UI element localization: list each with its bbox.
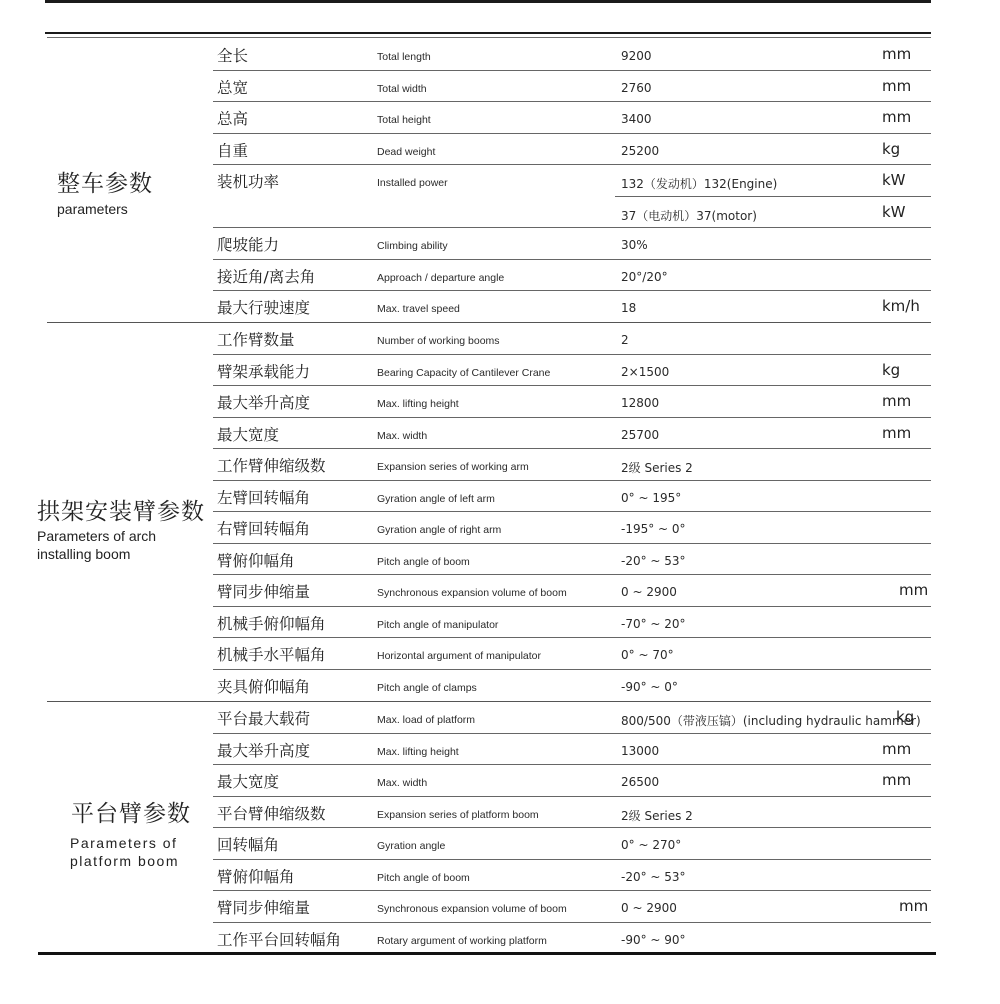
param-name-zh: 机械手俯仰幅角 <box>217 612 326 634</box>
param-unit: mm <box>882 77 911 95</box>
param-name-en: Synchronous expansion volume of boom <box>377 587 567 599</box>
param-name-en: Bearing Capacity of Cantilever Crane <box>377 367 550 379</box>
section-title-zh: 平台臂参数 <box>70 795 191 828</box>
table-row: 机械手俯仰幅角 Pitch angle of manipulator -70° … <box>213 607 931 639</box>
param-name-en: Max. width <box>377 430 427 442</box>
param-name-zh: 工作臂伸缩级数 <box>217 454 326 476</box>
table-row: 臂俯仰幅角 Pitch angle of boom -20° ~ 53° <box>213 544 931 576</box>
param-name-zh: 爬坡能力 <box>217 233 279 255</box>
table-row: 最大行驶速度 Max. travel speed 18 km/h <box>213 291 931 323</box>
param-value: 0 ~ 2900 <box>621 585 677 599</box>
param-name-zh: 夹具俯仰幅角 <box>217 675 310 697</box>
param-name-zh: 臂俯仰幅角 <box>217 865 295 887</box>
table-row: 机械手水平幅角 Horizontal argument of manipulat… <box>213 638 931 670</box>
param-name-en: Max. lifting height <box>377 398 459 410</box>
section-label: 平台臂参数 Parameters of platform boom <box>70 795 191 870</box>
param-name-en: Max. load of platform <box>377 714 475 726</box>
table-row: 最大宽度 Max. width 25700 mm <box>213 418 931 450</box>
param-value: -195° ~ 0° <box>621 522 686 536</box>
param-unit: kg <box>882 140 900 158</box>
param-unit: mm <box>882 424 911 442</box>
param-value: -70° ~ 20° <box>621 617 686 631</box>
table-row: 臂俯仰幅角 Pitch angle of boom -20° ~ 53° <box>213 860 931 892</box>
table-row: 爬坡能力 Climbing ability 30% <box>213 228 931 260</box>
param-name-en: Gyration angle <box>377 840 445 852</box>
param-value: 2级 Series 2 <box>621 459 693 476</box>
param-value: 20°/20° <box>621 270 668 284</box>
param-name-en: Approach / departure angle <box>377 272 504 284</box>
param-name-zh: 总高 <box>217 107 248 129</box>
param-name-en: Total height <box>377 114 431 126</box>
param-name-zh: 全长 <box>217 44 248 66</box>
param-name-en: Max. lifting height <box>377 746 459 758</box>
param-value: 25700 <box>621 428 659 442</box>
param-name-zh: 最大举升高度 <box>217 739 310 761</box>
param-name-en: Total width <box>377 83 427 95</box>
section-title-en: Parameters of platform boom <box>70 834 191 870</box>
param-value: 800/500（带液压镐）(including hydraulic hammer… <box>621 712 921 729</box>
param-value: -90° ~ 0° <box>621 680 678 694</box>
section-title-en: parameters <box>57 200 153 218</box>
section-label: 整车参数 parameters <box>57 165 153 218</box>
param-name-zh: 装机功率 <box>217 170 279 192</box>
table-row: 接近角/离去角 Approach / departure angle 20°/2… <box>213 260 931 292</box>
table-row: 臂同步伸缩量 Synchronous expansion volume of b… <box>213 891 931 923</box>
param-value: 0° ~ 195° <box>621 491 681 505</box>
param-name-zh: 机械手水平幅角 <box>217 643 326 665</box>
param-name-en: Rotary argument of working platform <box>377 935 547 947</box>
table-row: 自重 Dead weight 25200 kg <box>213 134 931 166</box>
param-unit: mm <box>882 45 911 63</box>
param-name-zh: 接近角/离去角 <box>217 265 315 287</box>
param-name-zh: 平台臂伸缩级数 <box>217 802 326 824</box>
table-row: 最大举升高度 Max. lifting height 12800 mm <box>213 386 931 418</box>
section-title-zh: 拱架安装臂参数 <box>37 493 205 526</box>
table-row: 工作臂伸缩级数 Expansion series of working arm … <box>213 449 931 481</box>
header-rule <box>45 32 931 34</box>
table-row: 总宽 Total width 2760 mm <box>213 71 931 103</box>
param-value: 25200 <box>621 144 659 158</box>
section-label: 拱架安装臂参数 Parameters of arch installing bo… <box>37 493 205 563</box>
param-value: -20° ~ 53° <box>621 870 686 884</box>
param-name-zh: 总宽 <box>217 76 248 98</box>
param-name-zh: 臂同步伸缩量 <box>217 580 310 602</box>
table-row: 37（电动机）37(motor) kW <box>213 197 931 229</box>
param-value: -20° ~ 53° <box>621 554 686 568</box>
param-unit: kg <box>882 361 900 379</box>
param-value: -90° ~ 90° <box>621 933 686 947</box>
param-name-zh: 平台最大载荷 <box>217 707 310 729</box>
top-rule <box>45 0 931 3</box>
param-name-en: Gyration angle of right arm <box>377 524 501 536</box>
bottom-rule <box>38 952 936 955</box>
param-value: 13000 <box>621 744 659 758</box>
param-value: 30% <box>621 238 648 252</box>
param-name-en: Gyration angle of left arm <box>377 493 495 505</box>
table-row: 臂架承载能力 Bearing Capacity of Cantilever Cr… <box>213 355 931 387</box>
section-title-zh: 整车参数 <box>57 165 153 198</box>
param-value: 132（发动机）132(Engine) <box>621 175 777 192</box>
param-value: 2×1500 <box>621 365 669 379</box>
param-name-zh: 左臂回转幅角 <box>217 486 310 508</box>
table-row: 工作臂数量 Number of working booms 2 <box>213 323 931 355</box>
param-unit: kW <box>882 171 906 189</box>
table-row: 最大举升高度 Max. lifting height 13000 mm <box>213 734 931 766</box>
header-rule-thin <box>47 37 931 38</box>
table-row: 左臂回转幅角 Gyration angle of left arm 0° ~ 1… <box>213 481 931 513</box>
param-name-en: Max. width <box>377 777 427 789</box>
param-name-zh: 自重 <box>217 139 248 161</box>
param-value: 18 <box>621 301 636 315</box>
param-unit: mm <box>882 108 911 126</box>
param-value: 26500 <box>621 775 659 789</box>
param-name-en: Expansion series of working arm <box>377 461 529 473</box>
table-row: 装机功率 Installed power 132（发动机）132(Engine)… <box>213 165 931 197</box>
param-value: 37（电动机）37(motor) <box>621 207 757 224</box>
param-unit: mm <box>882 392 911 410</box>
param-value: 9200 <box>621 49 652 63</box>
param-name-en: Climbing ability <box>377 240 448 252</box>
table-row: 平台臂伸缩级数 Expansion series of platform boo… <box>213 797 931 829</box>
param-name-en: Pitch angle of clamps <box>377 682 477 694</box>
param-name-en: Pitch angle of boom <box>377 556 470 568</box>
table-row: 最大宽度 Max. width 26500 mm <box>213 765 931 797</box>
param-name-zh: 臂同步伸缩量 <box>217 896 310 918</box>
param-unit: mm <box>899 897 928 915</box>
param-name-zh: 臂架承载能力 <box>217 360 310 382</box>
table-row: 全长 Total length 9200 mm <box>213 39 931 71</box>
param-name-en: Max. travel speed <box>377 303 460 315</box>
param-value: 12800 <box>621 396 659 410</box>
param-value: 0° ~ 70° <box>621 648 674 662</box>
param-name-zh: 工作臂数量 <box>217 328 295 350</box>
param-name-en: Synchronous expansion volume of boom <box>377 903 567 915</box>
param-name-zh: 最大宽度 <box>217 423 279 445</box>
param-value: 3400 <box>621 112 652 126</box>
param-unit: mm <box>882 771 911 789</box>
section-title-en: Parameters of arch installing boom <box>37 527 205 563</box>
param-name-en: Pitch angle of manipulator <box>377 619 498 631</box>
param-name-zh: 工作平台回转幅角 <box>217 928 341 950</box>
param-name-en: Installed power <box>377 177 448 189</box>
param-name-en: Horizontal argument of manipulator <box>377 650 541 662</box>
param-name-en: Number of working booms <box>377 335 500 347</box>
param-name-en: Expansion series of platform boom <box>377 809 539 821</box>
param-value: 2级 Series 2 <box>621 807 693 824</box>
param-value: 2760 <box>621 81 652 95</box>
table-row: 右臂回转幅角 Gyration angle of right arm -195°… <box>213 512 931 544</box>
param-unit: mm <box>882 740 911 758</box>
table-row: 回转幅角 Gyration angle 0° ~ 270° <box>213 828 931 860</box>
table-row: 夹具俯仰幅角 Pitch angle of clamps -90° ~ 0° <box>213 670 931 702</box>
param-name-en: Total length <box>377 51 431 63</box>
param-value: 0° ~ 270° <box>621 838 681 852</box>
param-unit: mm <box>899 581 928 599</box>
param-unit: kW <box>882 203 906 221</box>
param-name-en: Dead weight <box>377 146 435 158</box>
param-name-zh: 最大宽度 <box>217 770 279 792</box>
param-name-zh: 回转幅角 <box>217 833 279 855</box>
param-value: 2 <box>621 333 629 347</box>
param-name-zh: 臂俯仰幅角 <box>217 549 295 571</box>
param-name-zh: 最大行驶速度 <box>217 296 310 318</box>
table-row: 臂同步伸缩量 Synchronous expansion volume of b… <box>213 575 931 607</box>
param-name-en: Pitch angle of boom <box>377 872 470 884</box>
param-unit: kg <box>896 708 914 726</box>
table-row: 总高 Total height 3400 mm <box>213 102 931 134</box>
param-unit: km/h <box>882 297 920 315</box>
table-row: 工作平台回转幅角 Rotary argument of working plat… <box>213 923 931 955</box>
param-value: 0 ~ 2900 <box>621 901 677 915</box>
param-name-zh: 右臂回转幅角 <box>217 517 310 539</box>
param-name-zh: 最大举升高度 <box>217 391 310 413</box>
table-row: 平台最大载荷 Max. load of platform 800/500（带液压… <box>213 702 931 734</box>
